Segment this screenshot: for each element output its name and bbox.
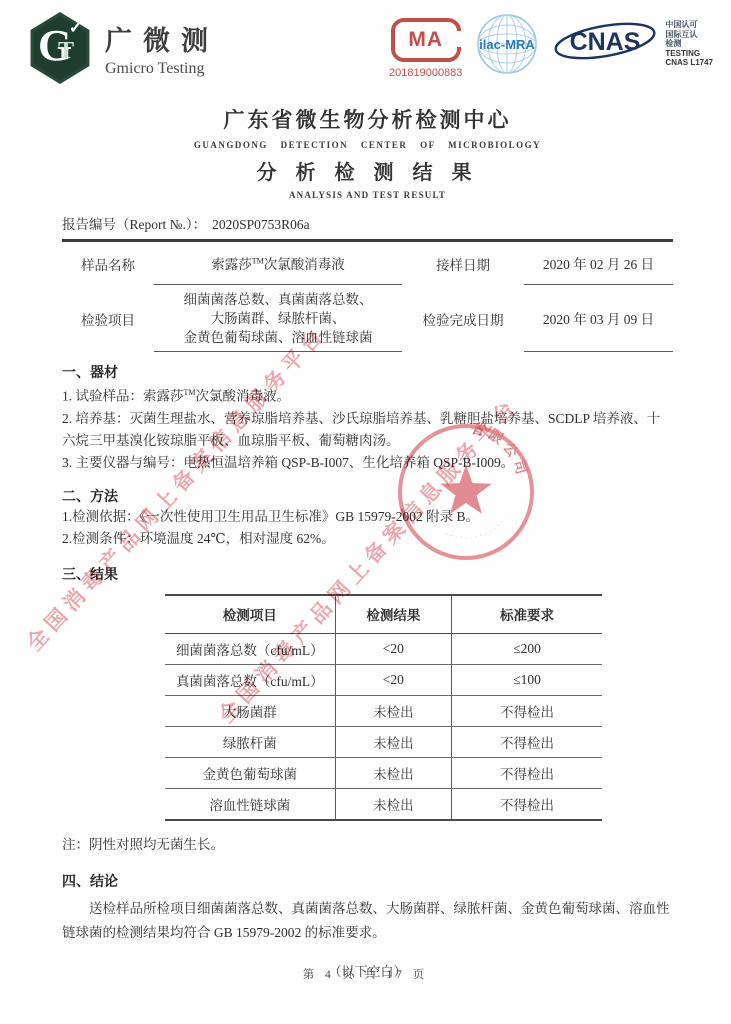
note-line: 注：阴性对照均无菌生长。 [62,833,673,853]
equipment-line-3: 3. 主要仪器与编号：电热恒温培养箱 QSP-B-I007、生化培养箱 QSP-… [62,452,673,474]
sample-name-label: 样品名称 [62,242,154,285]
tm-superscript: TM [252,257,264,266]
complete-date-label: 检验完成日期 [402,285,524,352]
method-line-2: 2.检测条件：环境温度 24℃，相对湿度 62%。 [62,528,673,550]
table-cell-standard: 不得检出 [452,788,602,820]
table-row: 细菌菌落总数（cfu/mL） <20 ≤200 [165,633,602,664]
table-cell-standard: ≤100 [452,664,602,695]
section-conclusion-heading: 四、结论 [62,871,673,891]
result-title-cn: 分 析 检 测 结 果 [62,156,673,185]
equipment-line-1: 1. 试验样品：索露莎TM次氯酸消毒液。 [62,382,673,408]
tm-superscript: TM [184,388,196,397]
table-cell-item: 大肠菌群 [165,695,335,726]
table-cell-result: 未检出 [335,695,451,726]
receive-date-value: 2020 年 02 月 26 日 [524,242,673,285]
table-cell-standard: ≤200 [452,633,602,664]
conclusion-paragraph: 送检样品所检项目细菌菌落总数、真菌菌落总数、大肠菌群、绿脓杆菌、金黄色葡萄球菌、… [62,897,673,945]
center-title: 广东省微生物分析检测中心 GUANGDONG DETECTION CENTER … [62,0,673,200]
section-result: 三、结果 检测项目 检测结果 标准要求 细菌菌落总数（cfu/mL） <20 ≤… [62,564,673,821]
complete-date-value: 2020 年 03 月 09 日 [524,285,673,352]
section-method-heading: 二、方法 [62,486,673,506]
section-equipment-heading: 一、器材 [62,362,673,382]
test-items-value: 细菌菌落总数、真菌菌落总数、 大肠菌群、绿脓杆菌、 金黄色葡萄球菌、溶血性链球菌 [154,285,402,352]
test-items-line-1: 细菌菌落总数、真菌菌落总数、 [184,292,373,307]
report-number-row: 报告编号（Report №.）：2020SP0753R06a [62,213,673,233]
table-header-result: 检测结果 [335,595,451,634]
receive-date-label: 接样日期 [402,242,524,285]
table-cell-item: 细菌菌落总数（cfu/mL） [165,633,335,664]
table-cell-result: 未检出 [335,757,451,788]
report-page: 全国消毒产品网上备案信息服务平台 全国消毒产品网上备案信息服务平台 有限公司 ·… [0,0,731,1024]
table-cell-result: <20 [335,633,451,664]
test-items-label: 检验项目 [62,285,154,352]
table-row: 绿脓杆菌 未检出 不得检出 [165,726,602,757]
table-header-item: 检测项目 [165,595,335,634]
table-row: 金黄色葡萄球菌 未检出 不得检出 [165,757,602,788]
table-cell-item: 真菌菌落总数（cfu/mL） [165,664,335,695]
report-number-value: 2020SP0753R06a [206,217,310,232]
section-method: 二、方法 1.检测依据：《一次性使用卫生用品卫生标准》GB 15979-2002… [62,486,673,550]
table-cell-result: 未检出 [335,726,451,757]
test-items-line-3: 金黄色葡萄球菌、溶血性链球菌 [184,330,373,345]
table-cell-standard: 不得检出 [452,726,602,757]
test-items-line-2: 大肠菌群、绿脓杆菌、 [211,311,346,326]
table-row: 溶血性链球菌 未检出 不得检出 [165,788,602,820]
section-conclusion: 四、结论 送检样品所检项目细菌菌落总数、真菌菌落总数、大肠菌群、绿脓杆菌、金黄色… [62,871,673,945]
section-equipment: 一、器材 1. 试验样品：索露莎TM次氯酸消毒液。 2. 培养基：灭菌生理盐水、… [62,362,673,474]
table-cell-standard: 不得检出 [452,757,602,788]
table-row: 真菌菌落总数（cfu/mL） <20 ≤100 [165,664,602,695]
page-footer: 第 4 页 共 17 页 [0,966,731,982]
sample-name-value: 索露莎TM次氯酸消毒液 [154,242,402,285]
table-header-row: 检测项目 检测结果 标准要求 [165,595,602,634]
title-en: GUANGDONG DETECTION CENTER OF MICROBIOLO… [62,140,673,150]
equipment-line-2: 2. 培养基：灭菌生理盐水、营养琼脂培养基、沙氏琼脂培养基、乳糖胆盐培养基、SC… [62,408,673,452]
table-row: 大肠菌群 未检出 不得检出 [165,695,602,726]
method-line-1: 1.检测依据：《一次性使用卫生用品卫生标准》GB 15979-2002 附录 B… [62,506,673,528]
result-table: 检测项目 检测结果 标准要求 细菌菌落总数（cfu/mL） <20 ≤200 真… [165,594,602,821]
sample-info-table: 样品名称 索露莎TM次氯酸消毒液 接样日期 2020 年 02 月 26 日 检… [62,242,673,352]
table-cell-item: 金黄色葡萄球菌 [165,757,335,788]
section-result-heading: 三、结果 [62,564,673,584]
table-cell-item: 绿脓杆菌 [165,726,335,757]
table-cell-standard: 不得检出 [452,695,602,726]
table-cell-item: 溶血性链球菌 [165,788,335,820]
table-cell-result: 未检出 [335,788,451,820]
result-title-en: ANALYSIS AND TEST RESULT [62,190,673,200]
table-cell-result: <20 [335,664,451,695]
table-header-standard: 标准要求 [452,595,602,634]
title-cn: 广东省微生物分析检测中心 [62,104,673,134]
report-number-label: 报告编号（Report №.）： [62,217,206,232]
